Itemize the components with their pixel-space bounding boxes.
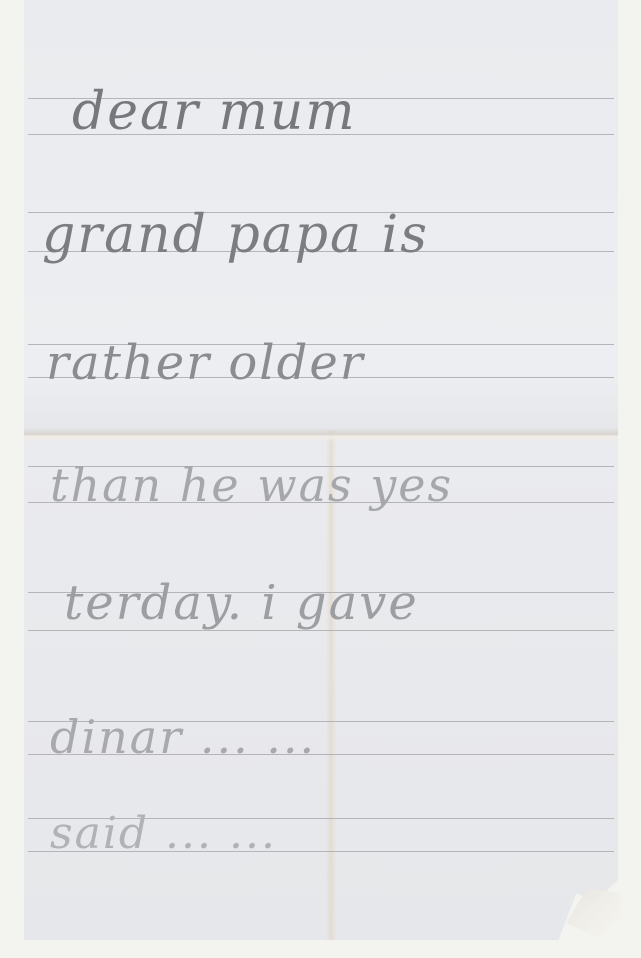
letter-line-7: said ... ...	[50, 808, 277, 859]
letter-line-3: rather older	[46, 335, 365, 391]
letter-line-2: grand papa is	[42, 205, 429, 265]
letter-line-4: than he was yes	[50, 458, 453, 512]
letter-line-1: dear mum	[72, 82, 357, 142]
letter-line-5: terday. i gave	[64, 575, 419, 631]
scanned-page: dear mum grand papa is rather older than…	[0, 0, 641, 958]
letter-paper: dear mum grand papa is rather older than…	[24, 0, 618, 940]
letter-line-6: dinar ... ...	[50, 710, 316, 764]
